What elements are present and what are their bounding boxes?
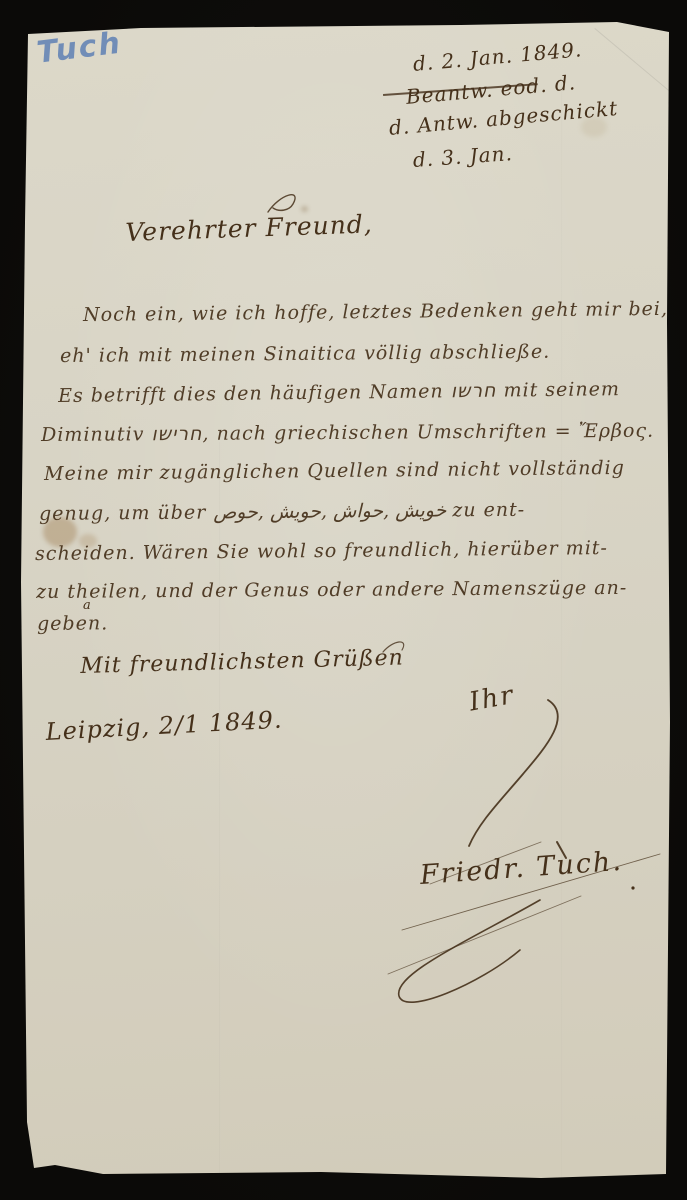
body-line: zu theilen, und der Genus oder andere Na… (36, 577, 627, 603)
letter-page: Tuch d. 2. Jan. 1849. Beantw. eod. d. d.… (21, 22, 671, 1180)
body-line: scheiden. Wären Sie wohl so freundlich, … (35, 537, 608, 565)
archive-note-pencil: Tuch (35, 26, 124, 71)
body-line: Es betrifft dies den häufigen Namen חרשו… (58, 378, 620, 407)
received-note-line-4: d. 3. Jan. (412, 141, 514, 172)
place-date: Leipzig, 2/1 1849. (45, 706, 283, 746)
signature: Friedr. Tuch. (419, 846, 624, 891)
scan-background: { "document": { "archive_note": "Tuch", … (0, 0, 687, 1200)
body-line: Meine mir zugänglichen Quellen sind nich… (44, 457, 625, 485)
received-note-line-1: d. 2. Jan. 1849. (412, 37, 583, 76)
body-line: eh' ich mit meinen Sinaitica völlig absc… (60, 341, 550, 367)
salutation: Verehrter Freund, (125, 209, 373, 247)
corner-crease (594, 28, 671, 93)
body-line: geben. (37, 612, 108, 635)
signature-pronoun: Ihr (467, 680, 517, 717)
fold-crease (561, 82, 563, 1178)
body-line: genug, um über حوص‎, حويش‎, حواش‎, خويش‎… (39, 499, 525, 525)
body-line: Noch ein, wie ich hoffe, letztes Bedenke… (83, 298, 668, 326)
closing: Mit freundlichsten Grüßen (80, 646, 404, 679)
body-line: Diminutiv חרישו, nach griechischen Umsch… (41, 420, 654, 446)
insertion-mark: a (83, 598, 91, 613)
